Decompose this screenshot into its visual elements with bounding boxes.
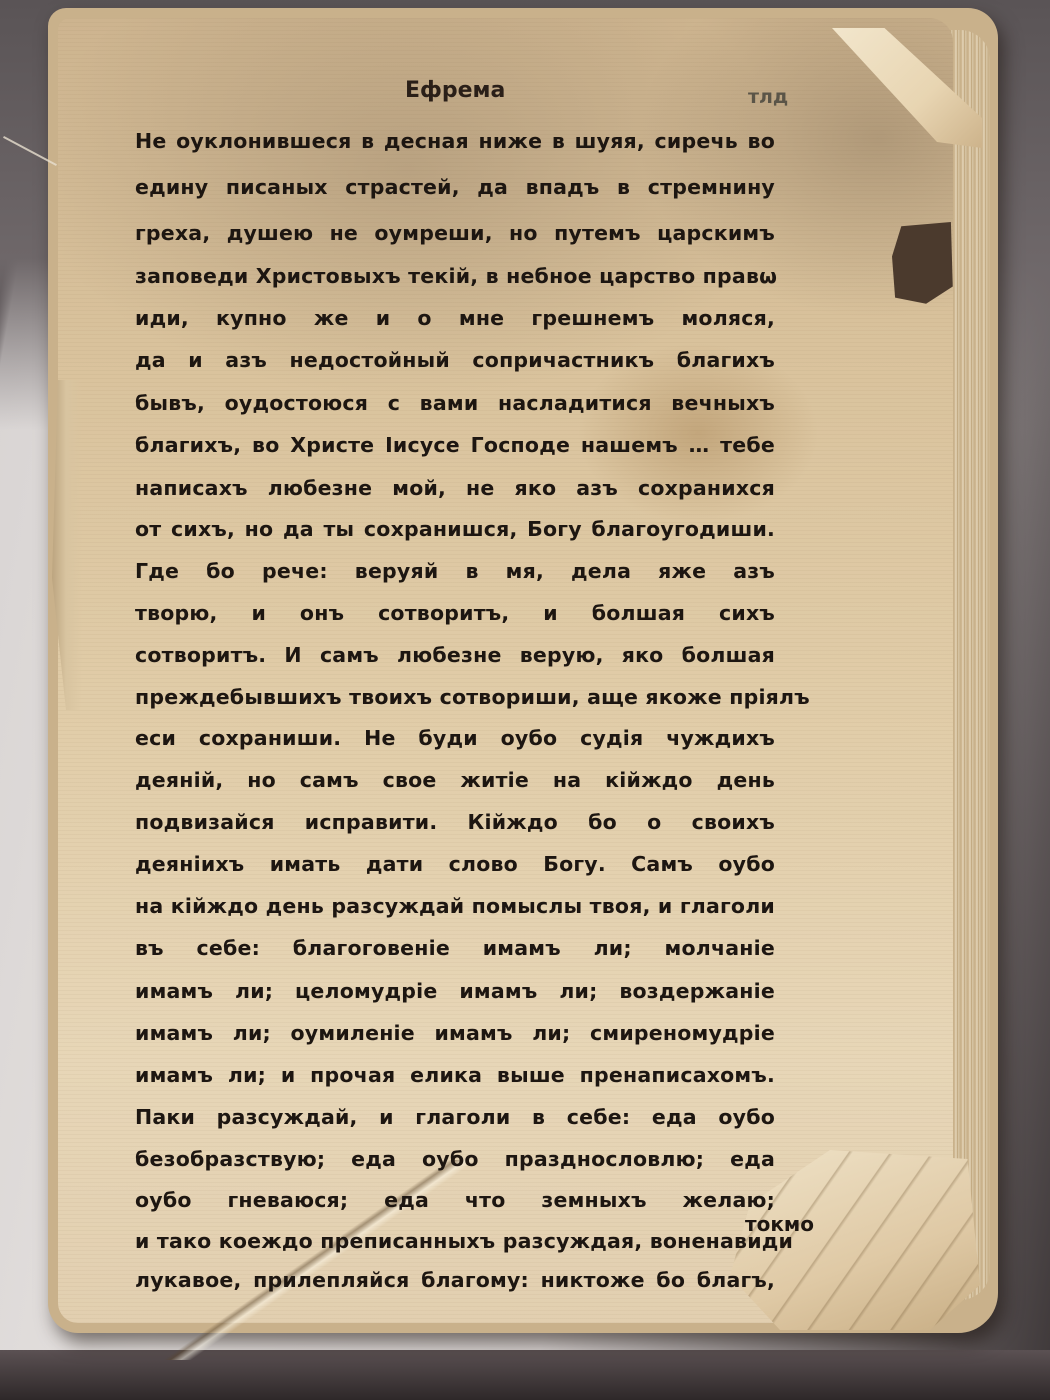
running-head: Ефрема — [405, 78, 505, 103]
text-line: едину писаных страстей, да впадъ в стрем… — [135, 174, 775, 200]
text-line: написахъ любезне мой, не яко азъ сохрани… — [135, 475, 775, 501]
text-line: да и азъ недостойный сопричастникъ благи… — [135, 347, 775, 373]
text-line: заповеди Христовыхъ текiй, в небное царс… — [135, 263, 775, 289]
text-line: и тако коеждо преписанныхъ разсуждая, вo… — [135, 1228, 775, 1254]
text-line: бывъ, оудостоюся с вами насладитися вечн… — [135, 390, 775, 416]
text-line: подвизайся исправити. Кiйждо бо о своихъ — [135, 809, 775, 835]
text-line: деянiихъ имать дати слово Богу. Самъ оуб… — [135, 851, 775, 877]
text-line: деянiй, но самъ свое житiе на кiйждо ден… — [135, 767, 775, 793]
text-line: Не оуклонившеся в десная ниже в шуяя, си… — [135, 128, 775, 154]
text-line: от сихъ, но да ты сохранишся, Богу благо… — [135, 516, 775, 542]
text-line: въ себе: благоговенiе имамъ ли; молчанiе — [135, 935, 775, 961]
text-line: имамъ ли; оумиленiе имамъ ли; смиреномуд… — [135, 1020, 775, 1046]
text-line: греха, душею не оумреши, но путемъ царск… — [135, 220, 775, 246]
text-line: имамъ ли; и прочая елика выше пренаписах… — [135, 1062, 775, 1088]
text-line: оубо гневаюся; еда что земныхъ желаю; — [135, 1187, 775, 1213]
text-line: сотворитъ. И самъ любезне верую, яко бол… — [135, 642, 775, 668]
text-line: Где бо рече: веруяй в мя, дела яже азъ — [135, 558, 775, 584]
text-line: Паки разсуждай, и глаголи в себе: еда оу… — [135, 1104, 775, 1130]
text-line: преждебывшихъ твоихъ сотвориши, аще якож… — [135, 684, 775, 710]
folio-number: тлд — [748, 86, 788, 108]
text-line: безобразствую; еда оубо празднословлю; е… — [135, 1146, 775, 1172]
text-line: иди, купно же и о мне грешнемъ моляся, — [135, 305, 775, 331]
text-line: на кiйждо день разсуждай помыслы твоя, и… — [135, 893, 775, 919]
text-line: лукавое, прилепляйся благому: никтоже бо… — [135, 1267, 775, 1293]
catchword: токмо — [745, 1212, 814, 1236]
text-line: имамъ ли; целомудрiе имамъ ли; воздержан… — [135, 978, 775, 1004]
text-line: благихъ, во Христе Iисусе Господе нашемъ… — [135, 432, 775, 458]
text-line: еси сохраниши. Не буди оубо судiя чуждих… — [135, 725, 775, 751]
text-line: творю, и онъ сотворитъ, и болшая сихъ — [135, 600, 775, 626]
